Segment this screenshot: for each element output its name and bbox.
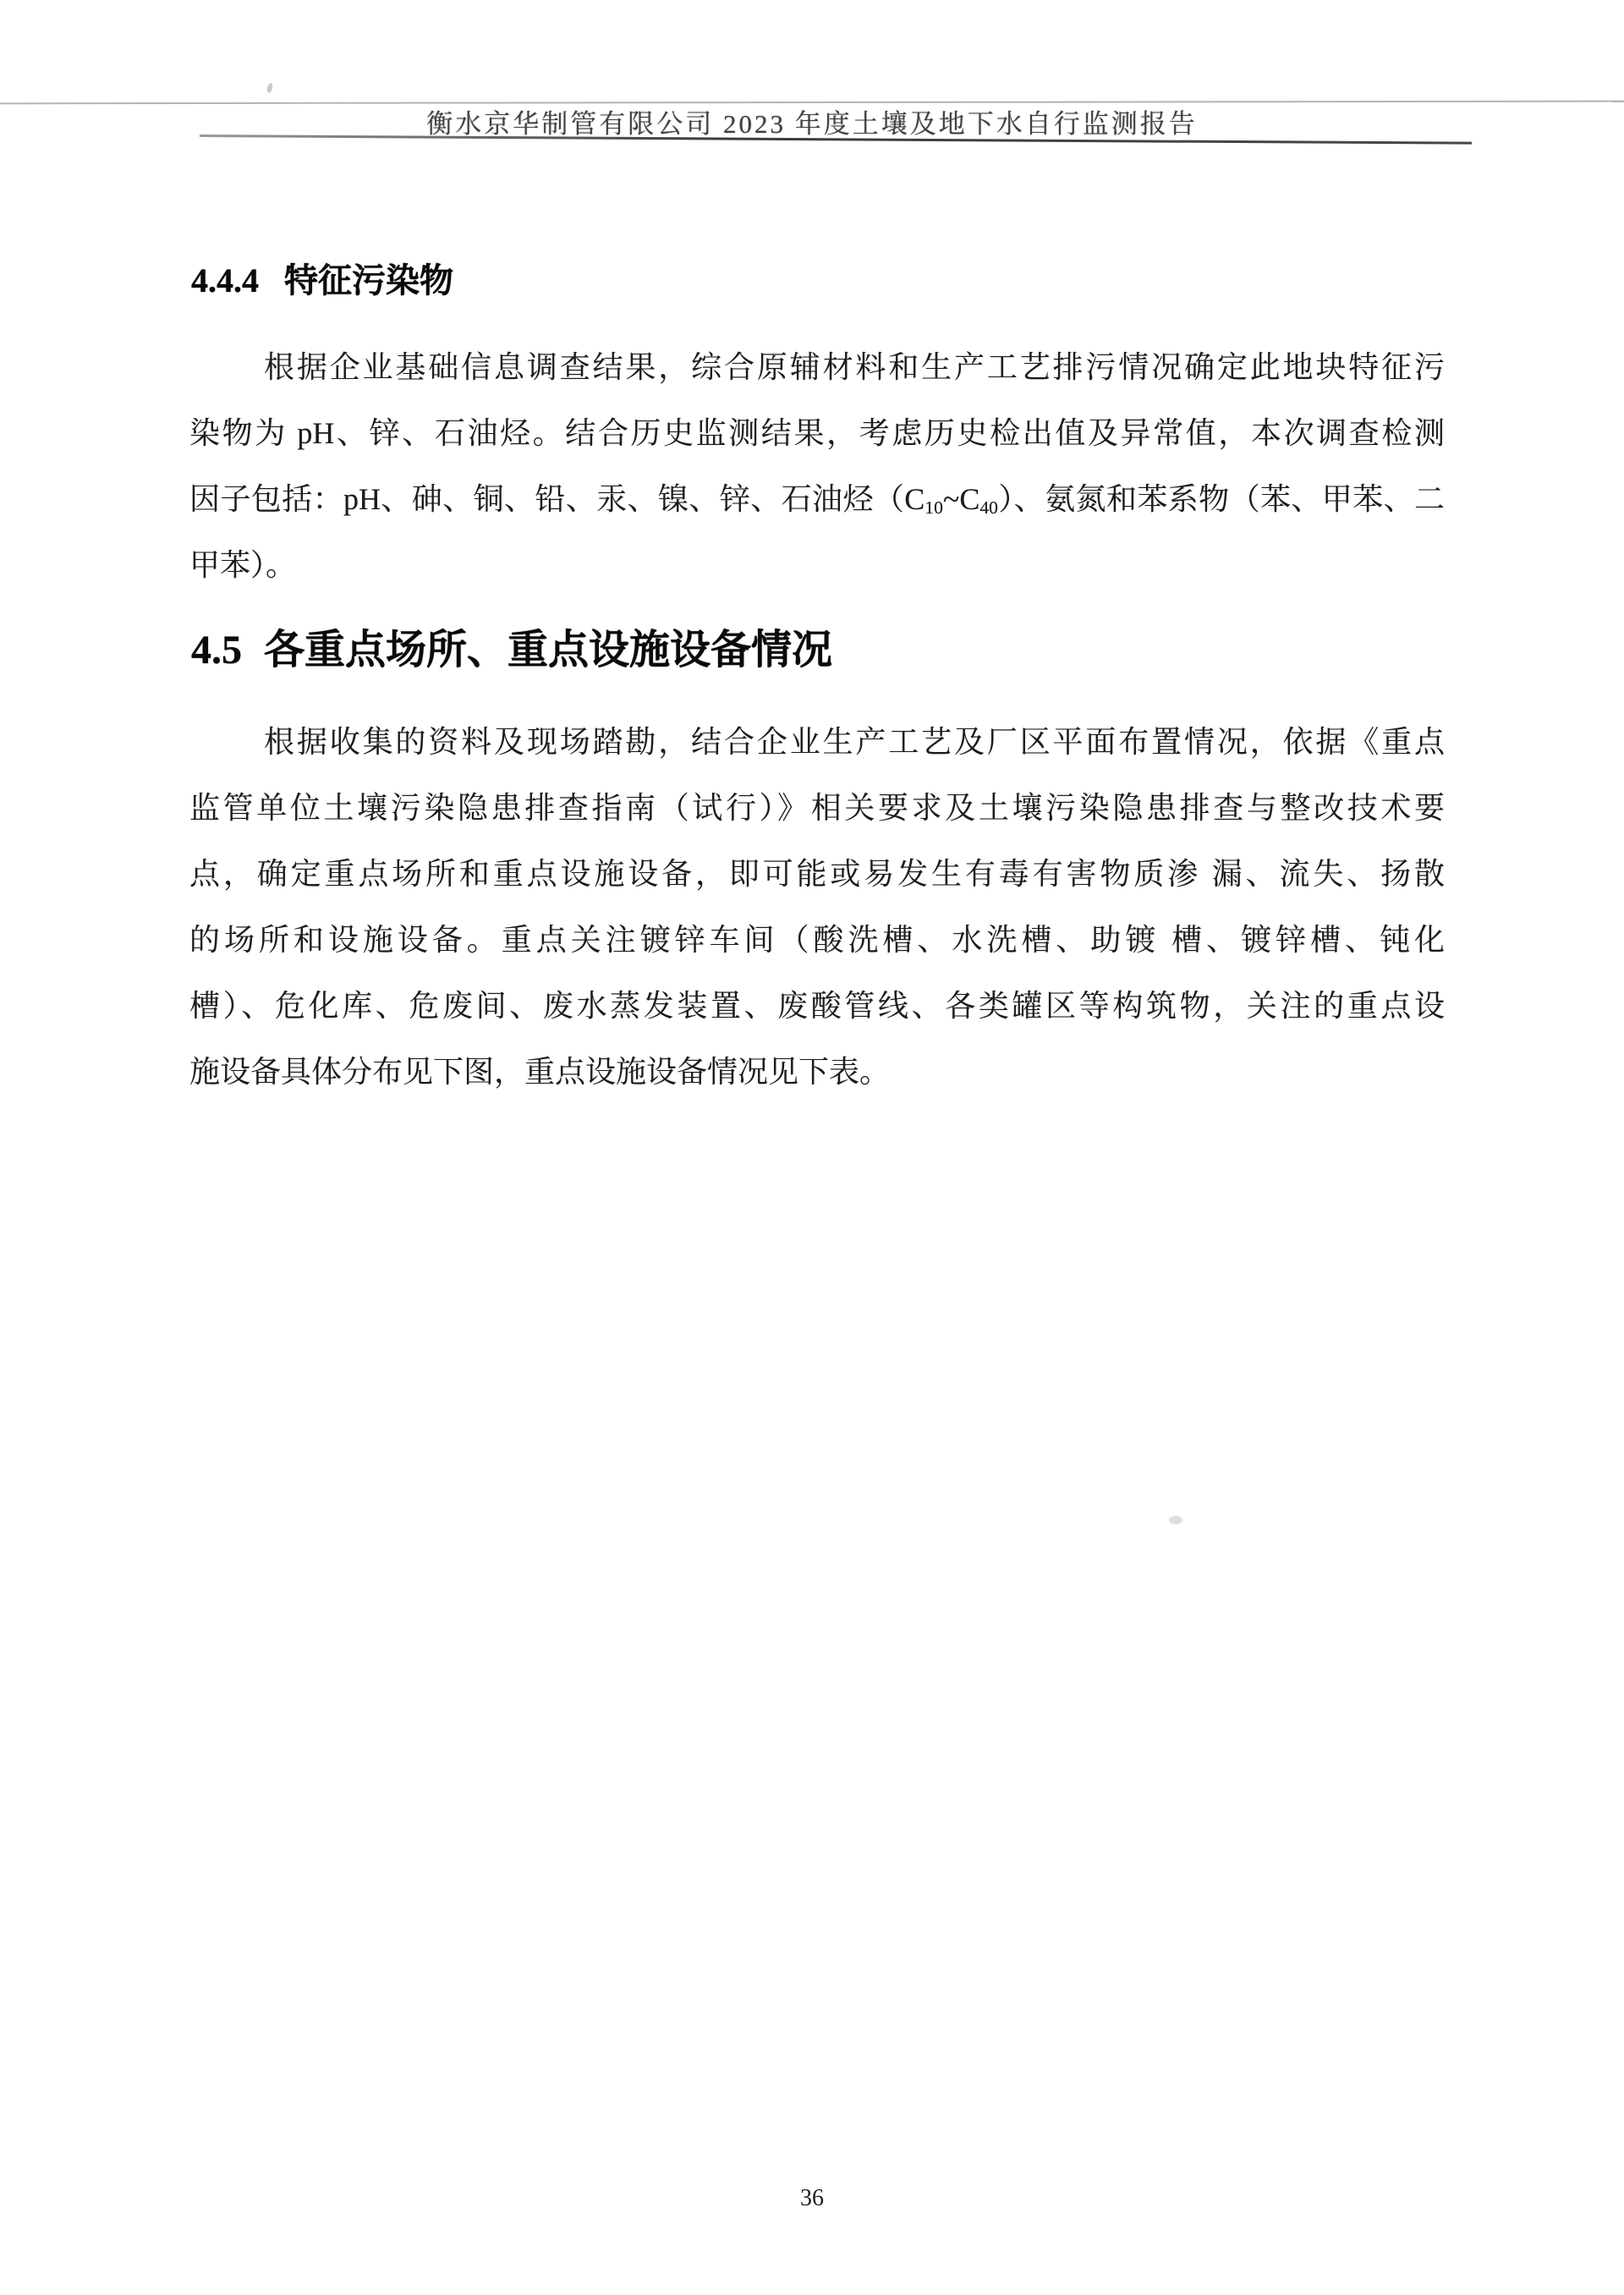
section-heading-4-4-4: 4.4.4特征污染物: [191, 254, 453, 302]
text-line: 根据企业基础信息调查结果，综合原辅材料和生产工艺排污情况确定此地块特征污: [189, 334, 1445, 400]
text-line: 甲苯）。: [189, 532, 1445, 598]
text-line: 染物为 pH、锌、石油烃。结合历史监测结果，考虑历史检出值及异常值，本次调查检测: [189, 400, 1445, 466]
scan-artifact: [1169, 1516, 1182, 1524]
section-number: 4.5: [191, 628, 242, 673]
paragraph-characteristic-pollutants: 根据企业基础信息调查结果，综合原辅材料和生产工艺排污情况确定此地块特征污 染物为…: [189, 334, 1445, 598]
text-line: 监管单位土壤污染隐患排查指南（试行）》相关要求及土壤污染隐患排查与整改技术要: [189, 775, 1445, 841]
scan-artifact: [266, 82, 274, 93]
text-line: 点，确定重点场所和重点设施设备，即可能或易发生有毒有害物质渗 漏、流失、扬散: [189, 841, 1445, 907]
page-number: 36: [0, 2185, 1624, 2212]
text-segment: ~C: [943, 482, 980, 516]
document-page: 衡水京华制管有限公司 2023 年度土壤及地下水自行监测报告 4.4.4特征污染…: [0, 0, 1624, 2295]
subscript-c40: 40: [979, 497, 998, 518]
text-line: 根据收集的资料及现场踏勘，结合企业生产工艺及厂区平面布置情况，依据《重点: [189, 709, 1445, 775]
section-title: 特征污染物: [284, 261, 453, 299]
section-title: 各重点场所、重点设施设备情况: [264, 628, 832, 673]
section-heading-4-5: 4.5各重点场所、重点设施设备情况: [191, 617, 832, 675]
text-line: 槽）、危化库、危废间、废水蒸发装置、废酸管线、各类罐区等构筑物，关注的重点设: [189, 973, 1445, 1039]
text-line: 因子包括：pH、砷、铜、铅、汞、镍、锌、石油烃（C10~C40）、氨氮和苯系物（…: [189, 466, 1445, 532]
text-segment: ）、氨氮和苯系物（苯、甲苯、二: [998, 482, 1445, 516]
paragraph-key-facilities: 根据收集的资料及现场踏勘，结合企业生产工艺及厂区平面布置情况，依据《重点 监管单…: [189, 709, 1445, 1105]
text-segment: 因子包括：pH、砷、铜、铅、汞、镍、锌、石油烃（C: [189, 482, 924, 516]
section-number: 4.4.4: [191, 261, 259, 299]
text-line: 的场所和设施设备。重点关注镀锌车间（酸洗槽、水洗槽、助镀 槽、镀锌槽、钝化: [189, 907, 1445, 973]
subscript-c10: 10: [924, 497, 943, 518]
text-line: 施设备具体分布见下图，重点设施设备情况见下表。: [189, 1039, 1445, 1105]
